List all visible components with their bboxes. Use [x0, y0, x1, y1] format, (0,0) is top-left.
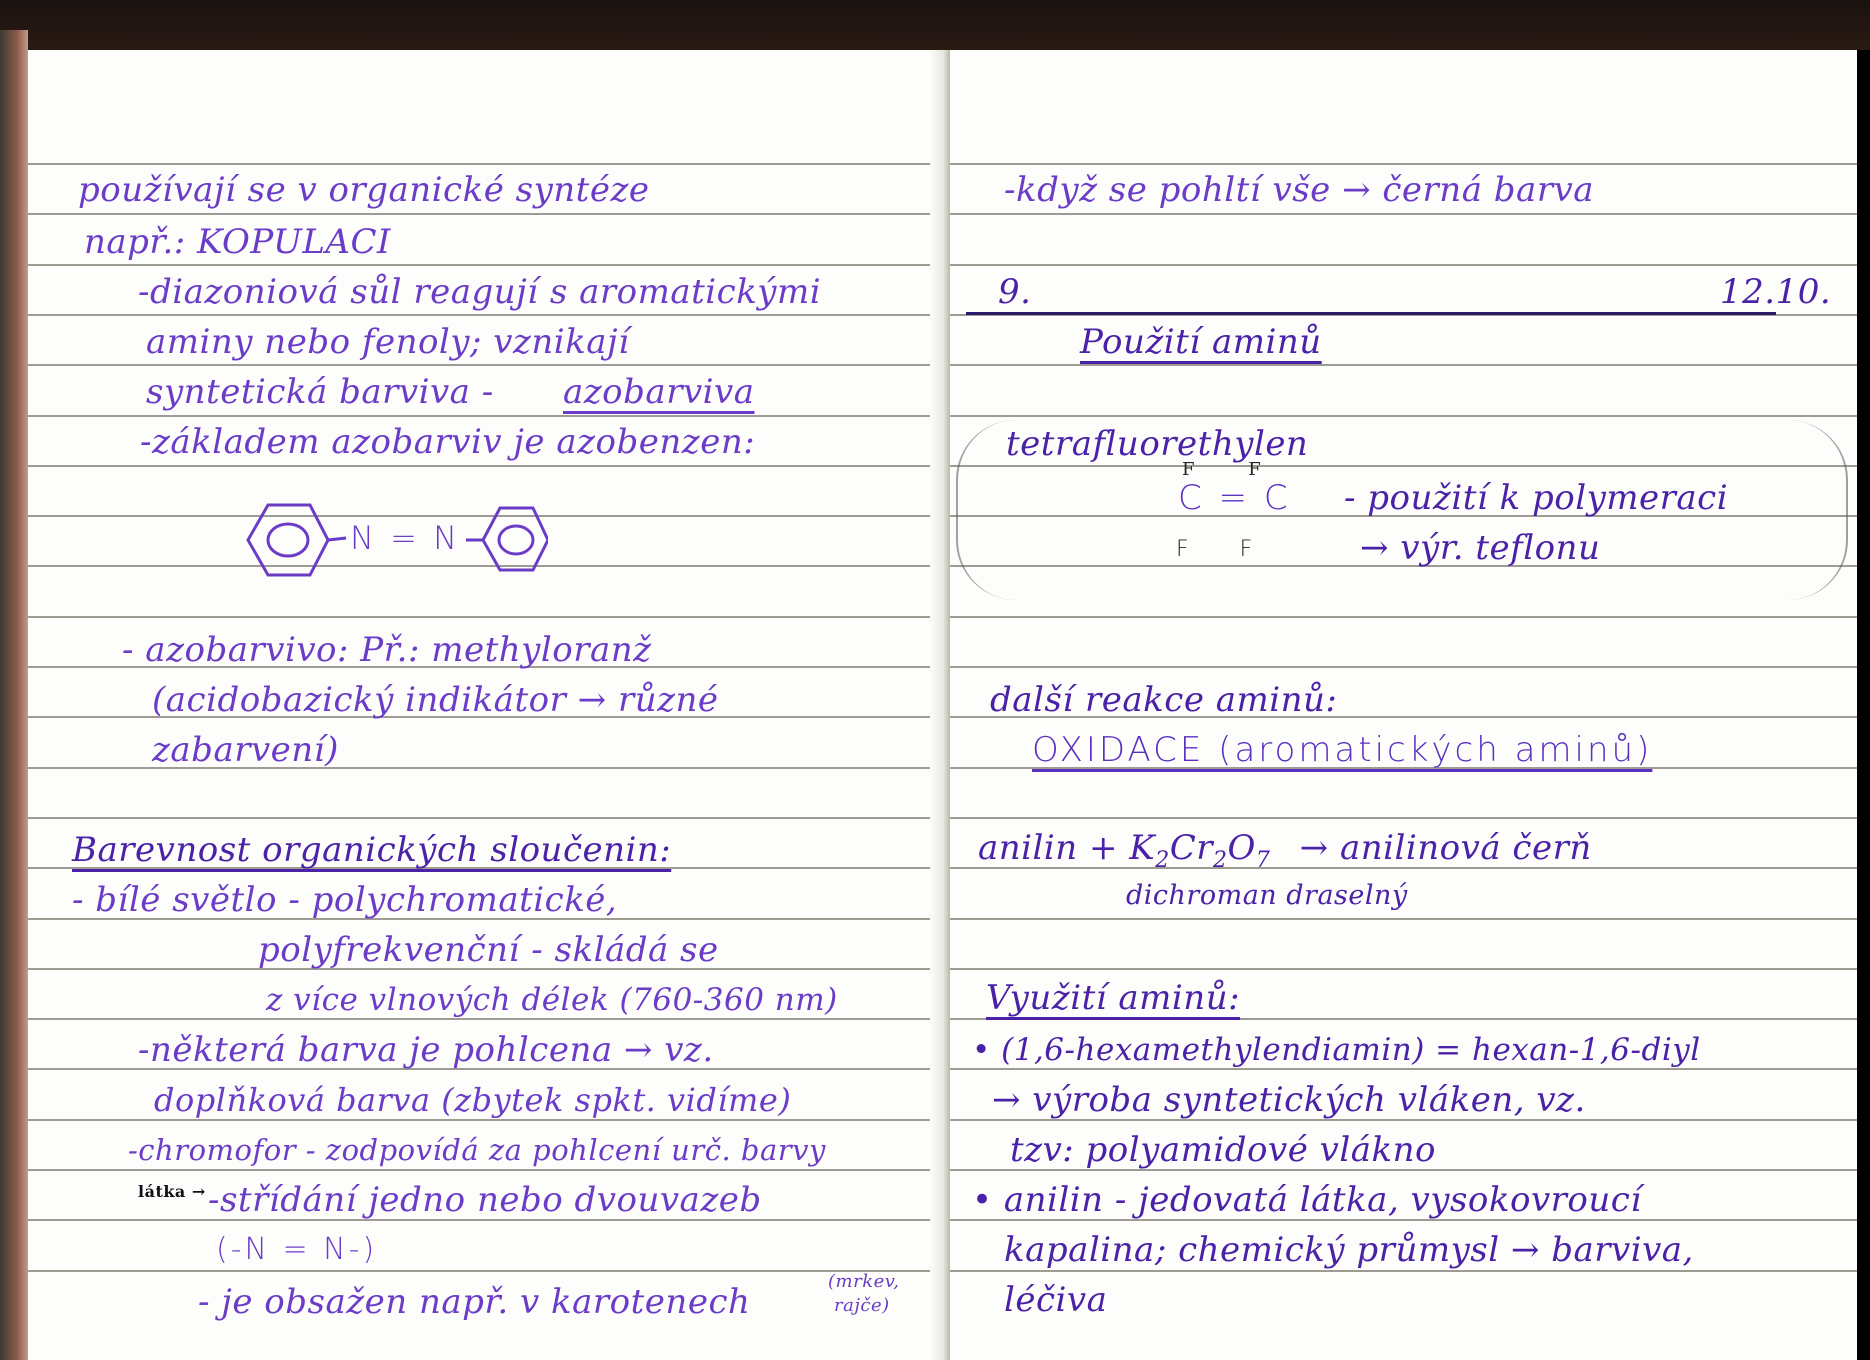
ruled-line: [950, 465, 1857, 467]
text-line: tzv: polyamidové vlákno: [1010, 1130, 1436, 1170]
text-line: - je obsažen např. v karotenech: [198, 1282, 750, 1322]
ruled-line: [950, 415, 1857, 417]
product: → anilinová čerň: [1300, 828, 1592, 868]
tfe-upper-f: F F: [1182, 460, 1285, 480]
text-line: léčiva: [1004, 1280, 1107, 1320]
text-line: kapalina; chemický průmysl → barviva,: [1004, 1230, 1694, 1270]
ruled-line: [950, 666, 1857, 668]
section-heading: Využití aminů:: [986, 978, 1240, 1018]
section-heading: Barevnost organických sloučenin:: [72, 830, 671, 870]
text-line: - použití k polymeraci: [1344, 478, 1728, 518]
latka-annotation: látka →: [138, 1172, 206, 1212]
annotation-rajce: rajče): [834, 1296, 890, 1316]
text-line: -některá barva je pohlcena → vz.: [138, 1030, 714, 1070]
ruled-line: [950, 163, 1857, 165]
text-line: (acidobazický indikátor → různé: [152, 680, 719, 720]
left-page: používají se v organické syntéze např.: …: [28, 50, 948, 1360]
book-gutter: [930, 50, 952, 1360]
azo-formula: (-N = N-): [216, 1230, 377, 1270]
subscript: 7: [1256, 848, 1271, 873]
reagent-name: dichroman draselný: [1126, 876, 1408, 916]
text-line: syntetická barviva -: [146, 372, 494, 412]
ruled-line: [28, 364, 948, 366]
notebook-cover-edge: [0, 30, 28, 1360]
ruled-line: [950, 213, 1857, 215]
text-line: používají se v organické syntéze: [78, 170, 650, 210]
text-line: → výr. teflonu: [1360, 528, 1600, 568]
ruled-line: [950, 264, 1857, 266]
scan-border: [1857, 50, 1870, 1360]
text-line: → výroba syntetických vláken, vz.: [992, 1080, 1586, 1120]
ruled-line: [28, 213, 948, 215]
azobarviva-term: azobarviva: [563, 372, 755, 412]
tfe-lower-f: F F: [1176, 530, 1274, 570]
text-line: zabarvení): [152, 730, 339, 770]
ruled-line: [950, 817, 1857, 819]
ruled-line: [28, 817, 948, 819]
reactant-o: O: [1227, 828, 1255, 868]
ruled-line: [950, 616, 1857, 618]
text-line: z více vlnových délek (760-360 nm): [266, 980, 838, 1020]
list-item: • anilin - jedovatá látka, vysokovroucí: [972, 1180, 1642, 1220]
reactant-k: anilin + K: [978, 828, 1155, 868]
ruled-line: [28, 163, 948, 165]
annotation-mrkev: (mrkev,: [828, 1272, 900, 1292]
ruled-line: [28, 1270, 948, 1272]
ruled-line: [28, 616, 948, 618]
text-line: např.: KOPULACI: [84, 222, 391, 262]
ruled-line: [28, 314, 948, 316]
lesson-title: Použití aminů: [1080, 322, 1322, 362]
compound-name: tetrafluorethylen: [1006, 424, 1308, 464]
text-line: -základem azobarviv je azobenzen:: [140, 422, 755, 462]
subscript: 2: [1213, 848, 1228, 873]
text-line: polyfrekvenční - skládá se: [258, 930, 719, 970]
text-line: doplňková barva (zbytek spkt. vidíme): [154, 1080, 791, 1120]
list-item: • (1,6-hexamethylendiamin) = hexan-1,6-d…: [972, 1030, 1701, 1070]
ruled-line: [950, 1018, 1857, 1020]
azo-group: N = N: [350, 518, 460, 558]
ruled-line: [28, 465, 948, 467]
text-line: -chromofor - zodpovídá za pohlcení urč. …: [128, 1130, 826, 1170]
text-line: -když se pohltí vše → černá barva: [1004, 170, 1594, 210]
ruled-line: [28, 264, 948, 266]
right-bracket: [1786, 420, 1848, 600]
text-line: - azobarvivo: Př.: methyloranž: [122, 630, 652, 670]
lesson-date: 12.10.: [1720, 272, 1831, 312]
text-line: aminy nebo fenoly; vznikají: [146, 322, 629, 362]
right-page: -když se pohltí vše → černá barva 9. 12.…: [950, 50, 1857, 1360]
ruled-line: [28, 415, 948, 417]
lesson-separator: [966, 312, 1776, 315]
lesson-number: 9.: [998, 272, 1031, 312]
oxidation-heading: OXIDACE (aromatických aminů): [1032, 730, 1652, 770]
section-heading: další reakce aminů:: [990, 680, 1337, 720]
ruled-line: [950, 918, 1857, 920]
ruled-line: [950, 968, 1857, 970]
notebook-top-edge: [0, 0, 1870, 50]
subscript: 2: [1155, 848, 1170, 873]
ruled-line: [950, 364, 1857, 366]
tfe-formula: C = C: [1178, 478, 1291, 518]
text-line: -střídání jedno nebo dvouvazeb: [208, 1180, 762, 1220]
reactant-cr: Cr: [1170, 828, 1213, 868]
text-line: -diazoniová sůl reagují s aromatickými: [138, 272, 821, 312]
reaction-equation: anilin + K2Cr2O7 → anilinová čerň: [978, 828, 1592, 881]
text-line: - bílé světlo - polychromatické,: [72, 880, 617, 920]
